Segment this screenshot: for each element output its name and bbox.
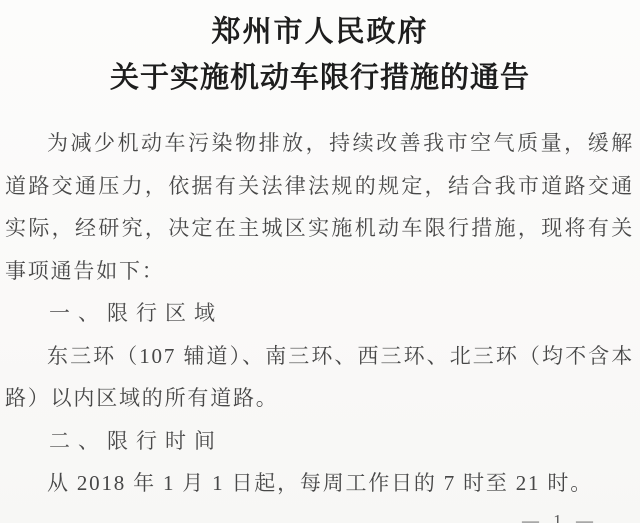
document-page: 郑州市人民政府 关于实施机动车限行措施的通告 为减少机动车污染物排放，持续改善我… xyxy=(0,0,640,523)
document-subtitle: 关于实施机动车限行措施的通告 xyxy=(0,55,640,101)
intro-paragraph: 为减少机动车污染物排放，持续改善我市空气质量，缓解道路交通压力，依据有关法律法规… xyxy=(5,122,634,292)
section-2-heading: 二、限行时间 xyxy=(5,420,634,463)
page-number: — 1 — xyxy=(522,511,598,523)
section-1-body: 东三环（107 辅道）、南三环、西三环、北三环（均不含本路）以内区域的所有道路。 xyxy=(5,335,634,420)
document-title: 郑州市人民政府 xyxy=(0,9,640,55)
document-header: 郑州市人民政府 关于实施机动车限行措施的通告 xyxy=(0,0,640,101)
document-body: 为减少机动车污染物排放，持续改善我市空气质量，缓解道路交通压力，依据有关法律法规… xyxy=(5,122,634,505)
section-2-body: 从 2018 年 1 月 1 日起，每周工作日的 7 时至 21 时。 xyxy=(5,462,634,505)
section-1-heading: 一、限行区域 xyxy=(5,292,634,335)
